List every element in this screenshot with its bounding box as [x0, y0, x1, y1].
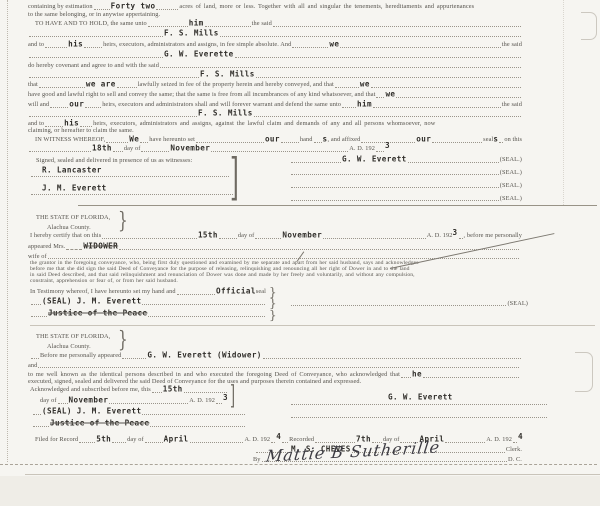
printed-label: day of [238, 232, 255, 239]
scan-line-solid [25, 474, 600, 475]
brace-glyph: } [118, 211, 128, 233]
notary2-before-line: Before me personally appeared G. W. Ever… [30, 352, 522, 360]
notary2-county: Alachua County. [47, 343, 91, 350]
deed-line-covenant: do hereby covenant and agree to and with… [28, 62, 522, 69]
dotted-rule [122, 358, 146, 359]
dotted-rule [396, 97, 521, 98]
seal-label: (SEAL.) [500, 195, 522, 202]
typed-entry: our [265, 136, 280, 144]
printed-label: I hereby certify that on this [30, 232, 101, 239]
seal-row-4: (SEAL.) [290, 195, 522, 202]
dotted-rule [190, 442, 244, 443]
dotted-rule [141, 151, 169, 152]
typed-entry-month: November [282, 232, 322, 240]
dotted-rule [432, 142, 482, 143]
dotted-rule [31, 176, 229, 177]
scanned-deed-page: containing by estimation Forty two acres… [0, 0, 600, 506]
dotted-rule [291, 417, 547, 418]
printed-label: on this [504, 136, 522, 143]
deed-line-in-witness: IN WITNESS WHEREOF, We have hereunto set… [35, 136, 522, 144]
printed-label: Signed, sealed and delivered in presence… [36, 157, 192, 164]
typed-signature: R. Lancaster [42, 167, 102, 175]
notary1-officer-title: Justice of the Peace [30, 310, 266, 318]
dotted-rule [291, 187, 499, 188]
printed-label: day of [124, 145, 141, 152]
typed-entry-appeared: G. W. Everett (Widower) [147, 352, 261, 360]
dotted-rule [196, 142, 264, 143]
dotted-rule [160, 67, 521, 68]
deed-line-mills2: F. S. Mills [28, 71, 522, 79]
notary1-paragraph-4: constraint, apprehension or fear of, or … [30, 278, 178, 285]
notary2-extra-rule [290, 417, 548, 419]
deed-line-acreage: containing by estimation Forty two acres… [28, 3, 566, 11]
deed-line-grantor-name: G. W. Everette [28, 51, 522, 59]
scan-edge-dots-left [7, 0, 8, 462]
typed-entry: we [385, 91, 395, 99]
typed-entry-month: April [164, 436, 189, 444]
notary1-testimony-line: In Testimony whereof, I have hereunto se… [30, 288, 266, 296]
printed-label: seal [483, 136, 493, 143]
dotted-rule [31, 358, 39, 359]
printed-label: the said [252, 20, 272, 27]
scan-artifact-bracket-top [581, 12, 597, 40]
deed-line-seized: that we are lawfully seized in fee of th… [28, 81, 522, 89]
printed-label: lawfully seized in fee of the property h… [138, 81, 334, 88]
notary1-seal-line: (SEAL) [290, 300, 528, 307]
typed-entry: We [129, 136, 139, 144]
typed-entry: we [329, 41, 339, 49]
typed-entry-grantor: G. W. Everette [164, 51, 234, 59]
typed-entry-month: November [170, 145, 210, 153]
dotted-rule [376, 151, 384, 152]
printed-label: , before me personally [464, 232, 523, 239]
typed-signature: (SEAL) J. M. Everett [42, 298, 141, 306]
dotted-rule [45, 47, 67, 48]
notary1-officer-signature: (SEAL) J. M. Everett [30, 298, 266, 306]
typed-entry: him [189, 20, 204, 28]
printed-label: A. D. 192 [244, 436, 270, 443]
dotted-rule [140, 142, 148, 143]
typed-entry: his [68, 41, 83, 49]
witness-rule-2 [30, 194, 234, 196]
printed-label: have good and lawful right to sell and c… [28, 91, 375, 98]
deed-line-warrant: will and our heirs, executors and admini… [28, 101, 522, 109]
printed-label: the said [502, 41, 522, 48]
notary2-signer: G. W. Everett [388, 394, 453, 402]
printed-paragraph: constraint, apprehension or fear of, or … [30, 278, 178, 285]
typed-entry-grantee: F. S. Mills [164, 30, 219, 38]
printed-label: Recorded [289, 436, 314, 443]
dotted-rule [373, 107, 501, 108]
typed-entry-day: 15th [163, 386, 183, 394]
dotted-rule [39, 87, 85, 88]
dotted-rule [255, 238, 281, 239]
filed-for-record-line: Filed for Record 5th day of April A. D. … [35, 436, 523, 444]
notary2-date-line: day of November A. D. 192 3 [40, 397, 228, 405]
dotted-rule [235, 57, 521, 58]
seal-row-2: (SEAL.) [290, 169, 522, 176]
printed-label: A. D. 192 [189, 397, 215, 404]
printed-label: Filed for Record [35, 436, 78, 443]
typed-entry-year: 4 [518, 433, 523, 441]
typed-entry-struck: WIDOWER [83, 243, 118, 251]
dotted-rule [256, 77, 521, 78]
printed-label: that [28, 81, 38, 88]
scan-line-dashed [0, 464, 597, 465]
typed-entry: F. S. Mills [200, 71, 255, 79]
dotted-rule [148, 316, 265, 317]
seal-label: (SEAL.) [500, 169, 522, 176]
printed-label: acres of land, more or less. Together wi… [179, 3, 474, 10]
brace-glyph: } [118, 330, 128, 352]
dotted-rule [423, 377, 519, 378]
printed-label: and [28, 362, 37, 369]
printed-label: THE STATE OF FLORIDA, [36, 333, 110, 340]
typed-title: Justice of the Peace [48, 310, 147, 318]
dotted-rule [29, 116, 197, 117]
dotted-rule [263, 358, 521, 359]
deed-line-date: 18th day of November A. D. 192 3 [28, 145, 390, 153]
printed-label: to the same belonging, or in anywise app… [28, 11, 160, 18]
deed-line-mills3: F. S. Mills [28, 110, 522, 118]
witness-signature-2: J. M. Everett [42, 185, 107, 193]
dotted-rule [112, 442, 126, 443]
typed-entry: s [323, 136, 328, 144]
section-divider [78, 205, 597, 206]
dotted-rule [342, 107, 356, 108]
printed-label: heirs, executors and administrators shal… [102, 101, 341, 108]
dotted-rule [150, 426, 245, 427]
dotted-rule [152, 392, 162, 393]
printed-label: D. C. [508, 456, 522, 463]
dotted-rule [445, 442, 485, 443]
printed-label: day of [127, 436, 144, 443]
printed-label: have hereunto set [149, 136, 195, 143]
dotted-rule [184, 392, 227, 393]
notary2-signer-rule [290, 404, 548, 406]
dotted-rule [31, 316, 47, 317]
dotted-rule [50, 107, 68, 108]
printed-label: Acknowledged and subscribed before me, t… [30, 386, 151, 393]
dotted-rule [282, 442, 288, 443]
seal-label: (SEAL) [507, 300, 528, 307]
printed-label: By [253, 456, 261, 463]
typed-entry-year: 4 [276, 433, 281, 441]
printed-label: claiming, or hereafter to claim the same… [28, 127, 134, 134]
printed-label: heirs, executors, administrators and ass… [103, 41, 291, 48]
typed-signature: G. W. Everett [388, 394, 453, 402]
bracket-glyph: ] [230, 383, 235, 409]
notary2-officer-title: Justice of the Peace [32, 420, 246, 428]
typed-entry-year: 3 [453, 229, 458, 237]
printed-label: A. D. 192 [486, 436, 512, 443]
notary1-county: Alachua County. [47, 224, 91, 231]
dotted-rule [58, 403, 68, 404]
witness-signature-1: R. Lancaster [42, 167, 102, 175]
deed-line-belonging: to the same belonging, or in anywise app… [28, 11, 160, 18]
notary2-and-line: and [28, 362, 520, 369]
typed-signature: (SEAL) J. M. Everett [42, 408, 141, 416]
deed-line-heirs: and to his heirs, executors, administrat… [28, 41, 522, 49]
dotted-rule [459, 238, 463, 239]
typed-signature-grantor: G. W. Everett [342, 156, 407, 164]
printed-label: containing by estimation [28, 3, 93, 10]
printed-label: and to [28, 41, 44, 48]
printed-label: will and [28, 101, 49, 108]
dotted-rule [31, 304, 41, 305]
typed-entry-month: November [69, 397, 109, 405]
notary1-state: THE STATE OF FLORIDA, [36, 214, 110, 221]
dotted-rule [314, 142, 322, 143]
typed-entry: our [416, 136, 431, 144]
dotted-rule [401, 377, 411, 378]
dotted-rule [273, 26, 521, 27]
seal-label: (SEAL.) [500, 156, 522, 163]
dotted-rule [142, 304, 265, 305]
deed-line-claiming: claiming, or hereafter to claim the same… [28, 127, 134, 134]
typed-entry: him [357, 101, 372, 109]
dotted-rule [340, 47, 500, 48]
typed-title: Justice of the Peace [50, 420, 149, 428]
printed-label: Alachua County. [47, 343, 91, 350]
dotted-rule [33, 426, 49, 427]
dotted-rule [145, 442, 163, 443]
dotted-rule [38, 367, 519, 368]
dotted-rule [220, 36, 521, 37]
dotted-rule [84, 47, 102, 48]
dotted-rule [106, 142, 128, 143]
dotted-rule [499, 142, 503, 143]
printed-label: IN WITNESS WHEREOF, [35, 136, 105, 143]
typed-entry: F. S. Mills [198, 110, 253, 118]
typed-entry: s [493, 136, 498, 144]
brace-glyph: } [269, 309, 277, 321]
typed-entry-day: 5th [96, 436, 111, 444]
printed-label: heirs, executors, administrators and ass… [93, 120, 435, 127]
typed-entry-day: 18th [92, 145, 112, 153]
dotted-rule [79, 442, 95, 443]
notary2-ack-line: Acknowledged and subscribed before me, t… [30, 386, 228, 394]
printed-label: executed, signed, sealed and delivered t… [28, 378, 361, 385]
typed-entry-year: 3 [385, 142, 390, 150]
dotted-rule [291, 305, 506, 306]
witnesses-heading: Signed, sealed and delivered in presence… [36, 157, 192, 164]
dotted-rule [291, 174, 499, 175]
typed-entry: our [69, 101, 84, 109]
section-divider-faint [30, 325, 595, 326]
dotted-rule [371, 87, 521, 88]
dotted-rule [29, 36, 163, 37]
dotted-rule [85, 107, 101, 108]
deed-line-good-right: have good and lawful right to sell and c… [28, 91, 522, 99]
dotted-rule [113, 151, 123, 152]
dotted-rule [205, 26, 251, 27]
dotted-rule [281, 142, 299, 143]
dotted-rule [335, 87, 359, 88]
printed-label: Before me personally appeared [40, 352, 121, 359]
dotted-rule [177, 294, 215, 295]
dotted-rule [117, 87, 137, 88]
dotted-rule [109, 403, 188, 404]
dotted-rule [291, 200, 499, 201]
notary2-officer-signature: (SEAL) J. M. Everett [32, 408, 246, 416]
dotted-rule [29, 77, 199, 78]
typed-entry-day: 15th [198, 232, 218, 240]
dotted-rule [94, 9, 110, 10]
deed-line-grantee-name: F. S. Mills [28, 30, 522, 38]
typed-entry: we [360, 81, 370, 89]
dotted-rule [513, 442, 517, 443]
notary2-known-line-2: executed, signed, sealed and delivered t… [28, 378, 361, 385]
dotted-rule [323, 238, 426, 239]
dotted-rule [33, 414, 41, 415]
dotted-rule [119, 249, 519, 250]
dotted-rule [102, 238, 197, 239]
dashed-rule [66, 249, 82, 250]
dotted-rule [408, 162, 499, 163]
printed-label: Clerk. [506, 446, 522, 453]
typed-entry: his [64, 120, 79, 128]
printed-label: THE STATE OF FLORIDA, [36, 214, 110, 221]
dotted-rule [29, 151, 91, 152]
typed-signature: J. M. Everett [42, 185, 107, 193]
dotted-rule [291, 404, 547, 405]
dotted-rule [376, 97, 384, 98]
printed-label: seal [256, 288, 266, 295]
printed-label: day of [40, 397, 57, 404]
scan-artifact-bracket-bottom [575, 352, 593, 392]
witness-rule-1 [30, 176, 230, 178]
printed-label: TO HAVE AND TO HOLD, the same unto [35, 20, 147, 27]
printed-label: the said [502, 101, 522, 108]
dotted-rule [29, 57, 163, 58]
dotted-rule [216, 403, 222, 404]
notary1-appeared-line: appeared Mrs. WIDOWER [28, 243, 520, 251]
page-bottom-edge [0, 476, 600, 506]
printed-label: A. D. 192 [427, 232, 453, 239]
printed-label: In Testimony whereof, I have hereunto se… [30, 288, 176, 295]
notary1-certify-line: I hereby certify that on this 15th day o… [30, 232, 522, 240]
dotted-rule [142, 414, 245, 415]
seal-row-3: (SEAL.) [290, 182, 522, 189]
typed-entry: he [412, 371, 422, 379]
printed-label: do hereby covenant and agree to and with… [28, 62, 159, 69]
deed-line-to-have: TO HAVE AND TO HOLD, the same unto him t… [35, 20, 522, 28]
typed-entry-year: 3 [223, 394, 228, 402]
dotted-rule [271, 442, 275, 443]
seal-row-1: G. W. Everett (SEAL.) [290, 156, 522, 164]
dotted-rule [292, 47, 328, 48]
printed-label: appeared Mrs. [28, 243, 65, 250]
printed-label: Alachua County. [47, 224, 91, 231]
dotted-rule [254, 116, 521, 117]
dotted-rule [148, 26, 188, 27]
scan-edge-dots-right [563, 0, 564, 205]
typed-entry: we are [86, 81, 116, 89]
dotted-rule [291, 162, 341, 163]
typed-entry-acreage: Forty two [111, 3, 156, 11]
printed-label: , and affixed [327, 136, 360, 143]
dotted-rule [31, 194, 233, 195]
printed-label: A. D. 192 [349, 145, 375, 152]
printed-label: hand [300, 136, 313, 143]
dotted-rule [219, 238, 237, 239]
dotted-rule [156, 9, 178, 10]
notary2-state: THE STATE OF FLORIDA, [36, 333, 110, 340]
typed-entry: Official [216, 288, 256, 296]
seal-label: (SEAL.) [500, 182, 522, 189]
